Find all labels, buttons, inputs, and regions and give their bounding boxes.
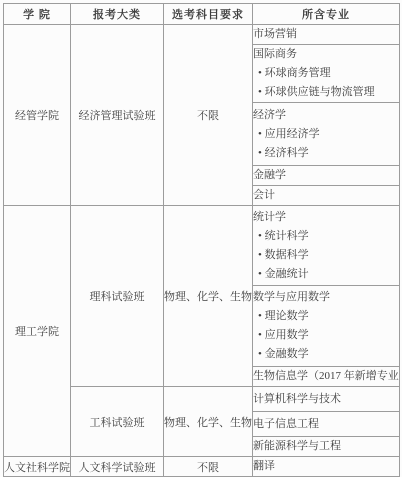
major-line: 市场营销 xyxy=(253,25,399,44)
major-line: • 经济科学 xyxy=(253,144,399,163)
major-line: 生物信息学（2017 年新增专业） xyxy=(253,367,399,386)
major-group-cell: 统计学 • 统计科学 • 数据科学 • 金融统计 xyxy=(253,206,400,286)
major-line: • 数据科学 xyxy=(253,246,399,265)
header-row: 学 院 报考大类 选考科目要求 所含专业 xyxy=(4,4,400,25)
major-group-cell: 新能源科学与工程 xyxy=(253,437,400,457)
major-line: 会计 xyxy=(253,186,399,205)
admissions-table: 学 院 报考大类 选考科目要求 所含专业 经管学院 经济管理试验班 不限 市场营… xyxy=(3,3,400,477)
page: 学 院 报考大类 选考科目要求 所含专业 经管学院 经济管理试验班 不限 市场营… xyxy=(0,0,402,472)
major-group-cell: 计算机科学与技术 xyxy=(253,387,400,412)
header-majors: 所含专业 xyxy=(253,4,400,25)
major-line: • 应用经济学 xyxy=(253,125,399,144)
table-row: 人文社科学院 人文科学试验班 不限 翻译 xyxy=(4,457,400,477)
major-line: • 环球供应链与物流管理 xyxy=(253,83,399,102)
major-line: • 理论数学 xyxy=(253,307,399,326)
major-line: 电子信息工程 xyxy=(253,415,399,434)
track-cell: 工科试验班 xyxy=(71,387,164,457)
major-line: 翻译 xyxy=(253,457,399,476)
header-requirement: 选考科目要求 xyxy=(164,4,253,25)
header-track: 报考大类 xyxy=(71,4,164,25)
major-line: 国际商务 xyxy=(253,45,399,64)
major-line: • 统计科学 xyxy=(253,227,399,246)
major-group-cell: 市场营销 xyxy=(253,25,400,45)
major-line: 经济学 xyxy=(253,106,399,125)
table-row: 理工学院 理科试验班 物理、化学、生物 统计学 • 统计科学 • 数据科学 • … xyxy=(4,206,400,286)
table-row: 经管学院 经济管理试验班 不限 市场营销 xyxy=(4,25,400,45)
major-line: 金融学 xyxy=(253,166,399,185)
major-group-cell: 电子信息工程 xyxy=(253,412,400,437)
major-line: • 环球商务管理 xyxy=(253,64,399,83)
track-cell: 经济管理试验班 xyxy=(71,25,164,206)
college-cell: 人文社科学院 xyxy=(4,457,71,477)
major-group-cell: 生物信息学（2017 年新增专业） xyxy=(253,367,400,387)
requirement-cell: 物理、化学、生物 xyxy=(164,387,253,457)
track-cell: 理科试验班 xyxy=(71,206,164,387)
major-line: • 金融统计 xyxy=(253,265,399,284)
major-line: 新能源科学与工程 xyxy=(253,437,399,456)
college-cell: 经管学院 xyxy=(4,25,71,206)
requirement-cell: 物理、化学、生物 xyxy=(164,206,253,387)
requirement-cell: 不限 xyxy=(164,457,253,477)
major-line: • 金融数学 xyxy=(253,345,399,364)
requirement-cell: 不限 xyxy=(164,25,253,206)
major-group-cell: 数学与应用数学 • 理论数学 • 应用数学 • 金融数学 xyxy=(253,286,400,367)
major-group-cell: 国际商务 • 环球商务管理 • 环球供应链与物流管理 xyxy=(253,45,400,103)
major-line: • 应用数学 xyxy=(253,326,399,345)
major-line: 统计学 xyxy=(253,208,399,227)
header-college: 学 院 xyxy=(4,4,71,25)
major-group-cell: 翻译 xyxy=(253,457,400,477)
major-group-cell: 会计 xyxy=(253,186,400,206)
track-cell: 人文科学试验班 xyxy=(71,457,164,477)
college-cell: 理工学院 xyxy=(4,206,71,457)
major-group-cell: 经济学 • 应用经济学 • 经济科学 xyxy=(253,103,400,166)
major-line: 数学与应用数学 xyxy=(253,288,399,307)
major-group-cell: 金融学 xyxy=(253,166,400,186)
major-line: 计算机科学与技术 xyxy=(253,390,399,409)
